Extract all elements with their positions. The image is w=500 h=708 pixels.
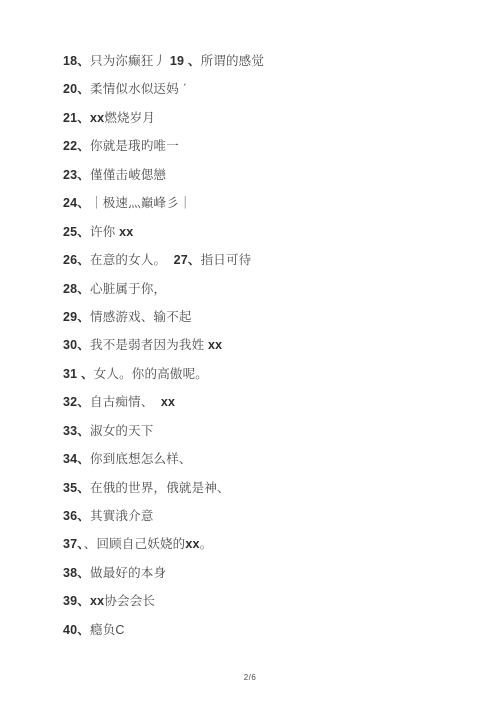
list-item: 18、只为沵癫狂丿 19 、所谓的感觉 xyxy=(63,54,470,82)
item-number: xx xyxy=(161,395,175,409)
item-text: 你到底想怎么样、 xyxy=(90,452,192,466)
item-text: 情感游戏、输不起 xyxy=(90,310,192,324)
item-number: 19 、 xyxy=(170,54,201,68)
item-text: 只为沵癫狂丿 xyxy=(90,54,170,68)
item-text: 你就是珴旳唯一 xyxy=(90,139,179,153)
item-text: 柔情似水似迗妈 ˊ xyxy=(90,82,187,96)
item-text: 自古痴情、 xyxy=(90,395,161,409)
item-number: 38、 xyxy=(63,566,90,580)
list-item: 34、你到底想怎么样、 xyxy=(63,452,470,480)
item-text: 做最好的本身 xyxy=(90,566,166,580)
list-item: 21、xx燃烧岁月 xyxy=(63,111,470,139)
list-item: 26、在意的女人。 27、指日可待 xyxy=(63,253,470,281)
item-text: 协会会长 xyxy=(104,594,155,608)
list-item: 20、柔情似水似迗妈 ˊ xyxy=(63,82,470,110)
item-text: 僅僅击岥偲戀 xyxy=(90,168,166,182)
list-item: 29、情感游戏、输不起 xyxy=(63,310,470,338)
list-item: 32、自古痴情、 xx xyxy=(63,395,470,423)
item-text: 淑女的天下 xyxy=(90,424,154,438)
document-page: 18、只为沵癫狂丿 19 、所谓的感觉 20、柔情似水似迗妈 ˊ 21、xx燃烧… xyxy=(0,0,500,708)
item-number: 20、 xyxy=(63,82,90,96)
item-number: 39、 xyxy=(63,594,90,608)
item-text: 在意的女人。 xyxy=(90,253,174,267)
item-text: 女人。你的高傲呢。 xyxy=(94,367,208,381)
item-number: xx xyxy=(119,225,133,239)
item-text: ｜极速灬巔峰彡｜ xyxy=(90,196,192,210)
list-item: 36、其實涐介意 xyxy=(63,509,470,537)
item-text: 燃烧岁月 xyxy=(104,111,155,125)
item-text: 指日可待 xyxy=(201,253,252,267)
list-item: 31 、女人。你的高傲呢。 xyxy=(63,367,470,395)
list-item: 23、僅僅击岥偲戀 xyxy=(63,168,470,196)
item-number: 24、 xyxy=(63,196,90,210)
item-text: 所谓的感觉 xyxy=(201,54,265,68)
item-text: 许你 xyxy=(90,225,119,239)
item-text: 。 xyxy=(200,537,213,551)
item-number: xx xyxy=(208,338,222,352)
item-number: 26、 xyxy=(63,253,90,267)
nickname-list: 18、只为沵癫狂丿 19 、所谓的感觉 20、柔情似水似迗妈 ˊ 21、xx燃烧… xyxy=(0,0,500,651)
item-number: 25、 xyxy=(63,225,90,239)
item-text: 瘾负C xyxy=(90,623,125,637)
item-number: 32、 xyxy=(63,395,90,409)
item-number: 18、 xyxy=(63,54,90,68)
item-number: 22、 xyxy=(63,139,90,153)
item-number: xx xyxy=(90,594,104,608)
list-item: 24、｜极速灬巔峰彡｜ xyxy=(63,196,470,224)
list-item: 38、做最好的本身 xyxy=(63,566,470,594)
list-item: 28、心脏属于你， xyxy=(63,282,470,310)
item-text: 其實涐介意 xyxy=(90,509,154,523)
page-indicator: 2/6 xyxy=(0,673,500,682)
list-item: 22、你就是珴旳唯一 xyxy=(63,139,470,167)
list-item: 25、许你 xx xyxy=(63,225,470,253)
item-number: 23、 xyxy=(63,168,90,182)
item-text: 心脏属于你， xyxy=(90,282,166,296)
item-number: 33、 xyxy=(63,424,90,438)
item-number: 28、 xyxy=(63,282,90,296)
item-number: 35、 xyxy=(63,481,90,495)
item-text: 我不是弱者因为我姓 xyxy=(90,338,208,352)
item-text: 在俄的世界，俄就是神、 xyxy=(90,481,230,495)
item-number: 36、 xyxy=(63,509,90,523)
item-number: 30、 xyxy=(63,338,90,352)
item-number: 21、 xyxy=(63,111,90,125)
item-number: 31 、 xyxy=(63,367,94,381)
list-item: 37、、回顾自己妖娆的xx。 xyxy=(63,537,470,565)
item-number: xx xyxy=(185,537,199,551)
list-item: 40、瘾负C xyxy=(63,623,470,651)
list-item: 35、在俄的世界，俄就是神、 xyxy=(63,481,470,509)
item-number: 29、 xyxy=(63,310,90,324)
item-number: xx xyxy=(90,111,104,125)
item-number: 34、 xyxy=(63,452,90,466)
list-item: 33、淑女的天下 xyxy=(63,424,470,452)
item-text: 、回顾自己妖娆的 xyxy=(84,537,186,551)
item-number: 27、 xyxy=(174,253,201,267)
list-item: 39、xx协会会长 xyxy=(63,594,470,622)
item-number: 37、 xyxy=(63,537,84,551)
item-number: 40、 xyxy=(63,623,90,637)
list-item: 30、我不是弱者因为我姓 xx xyxy=(63,338,470,366)
